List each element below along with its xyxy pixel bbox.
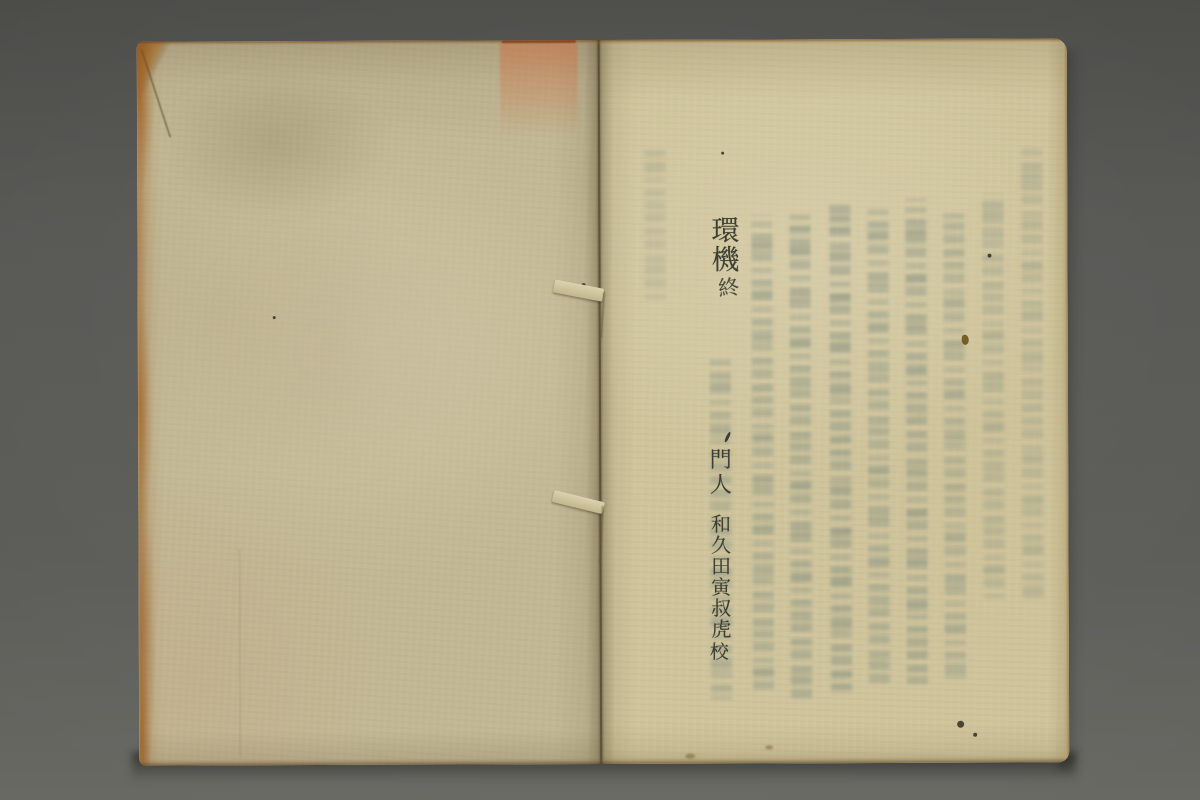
red-seal-stamp [502, 38, 576, 142]
ink-speck [721, 152, 724, 155]
ink-speck [957, 721, 964, 728]
ink-bleedthrough-column [905, 199, 928, 684]
ink-bleedthrough-column [644, 150, 666, 300]
colophon-collation-text: 校 [705, 642, 732, 661]
foxing-spot [962, 335, 969, 345]
paper-crease [239, 549, 242, 757]
ink-speck [273, 316, 276, 319]
left-page [137, 40, 602, 766]
ink-bleedthrough-column [982, 194, 1004, 599]
ink-bleedthrough-column [943, 214, 966, 679]
ink-speck [973, 733, 977, 737]
ink-bleedthrough-column [751, 214, 774, 689]
open-book: 環機 終 門人 和久田寅叔虎 校 [137, 38, 1070, 765]
photo-background: 環機 終 門人 和久田寅叔虎 校 [0, 0, 1200, 800]
colophon-label-text: 門人 [703, 448, 734, 498]
ending-title-text: 環機 [703, 216, 743, 274]
ending-mark-text: 終 [712, 275, 744, 299]
fore-edge-stain [137, 42, 158, 766]
ink-speck [987, 254, 991, 258]
colophon-name-text: 和久田寅叔虎 [705, 514, 734, 640]
right-page: 環機 終 門人 和久田寅叔虎 校 [599, 38, 1070, 764]
ink-bleedthrough-column [829, 204, 852, 694]
paper-stain [177, 210, 478, 491]
ink-bleedthrough-column [789, 209, 812, 699]
ink-bleedthrough-column [867, 209, 890, 689]
dirt-smudge [765, 745, 773, 749]
seal-page-bleed [500, 43, 578, 139]
paper-stain [155, 69, 396, 220]
ink-bleedthrough-column [1021, 148, 1044, 598]
